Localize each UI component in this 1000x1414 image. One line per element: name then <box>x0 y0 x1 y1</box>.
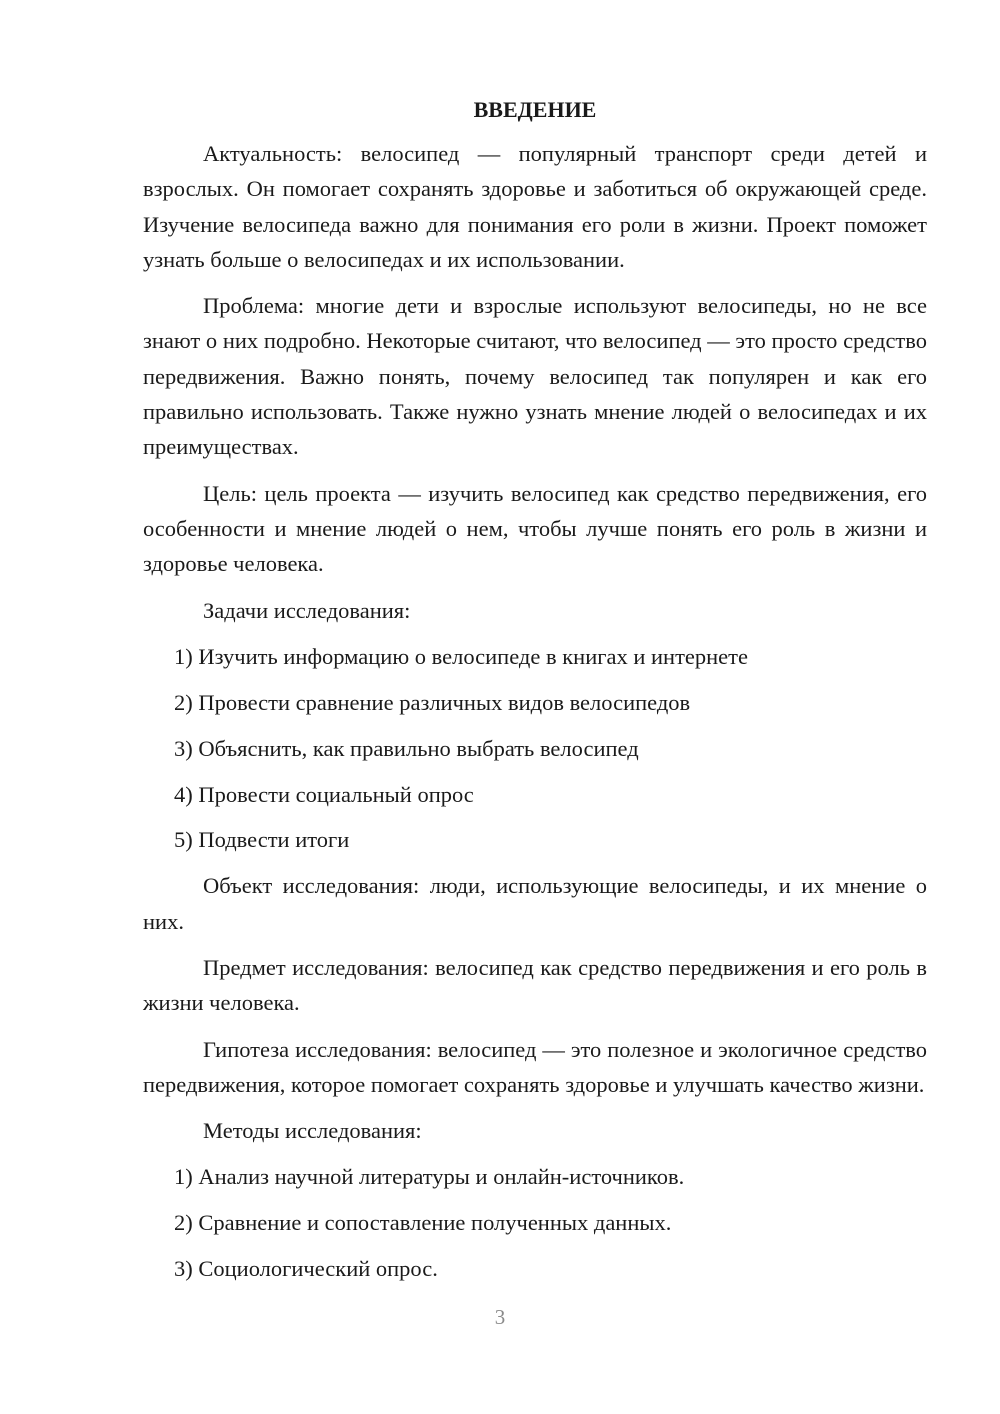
method-item: 3) Социологический опрос. <box>143 1251 927 1286</box>
task-item: 2) Провести сравнение различных видов ве… <box>143 685 927 720</box>
document-page: ВВЕДЕНИЕ Актуальность: велосипед — попул… <box>143 95 927 1297</box>
goal-paragraph: Цель: цель проекта — изучить велосипед к… <box>143 476 927 582</box>
task-item: 3) Объяснить, как правильно выбрать вело… <box>143 731 927 766</box>
task-item: 1) Изучить информацию о велосипеде в кни… <box>143 639 927 674</box>
page-number: 3 <box>0 1305 1000 1330</box>
methods-list: 1) Анализ научной литературы и онлайн-ис… <box>143 1159 927 1286</box>
subject-paragraph: Предмет исследования: велосипед как сред… <box>143 950 927 1021</box>
problem-paragraph: Проблема: многие дети и взрослые использ… <box>143 288 927 464</box>
method-item: 2) Сравнение и сопоставление полученных … <box>143 1205 927 1240</box>
tasks-label: Задачи исследования: <box>143 593 927 628</box>
task-item: 4) Провести социальный опрос <box>143 777 927 812</box>
methods-label: Методы исследования: <box>143 1113 927 1148</box>
hypothesis-paragraph: Гипотеза исследования: велосипед — это п… <box>143 1032 927 1103</box>
tasks-list: 1) Изучить информацию о велосипеде в кни… <box>143 639 927 858</box>
task-item: 5) Подвести итоги <box>143 822 927 857</box>
section-title: ВВЕДЕНИЕ <box>143 95 927 125</box>
method-item: 1) Анализ научной литературы и онлайн-ис… <box>143 1159 927 1194</box>
object-paragraph: Объект исследования: люди, использующие … <box>143 868 927 939</box>
relevance-paragraph: Актуальность: велосипед — популярный тра… <box>143 136 927 277</box>
